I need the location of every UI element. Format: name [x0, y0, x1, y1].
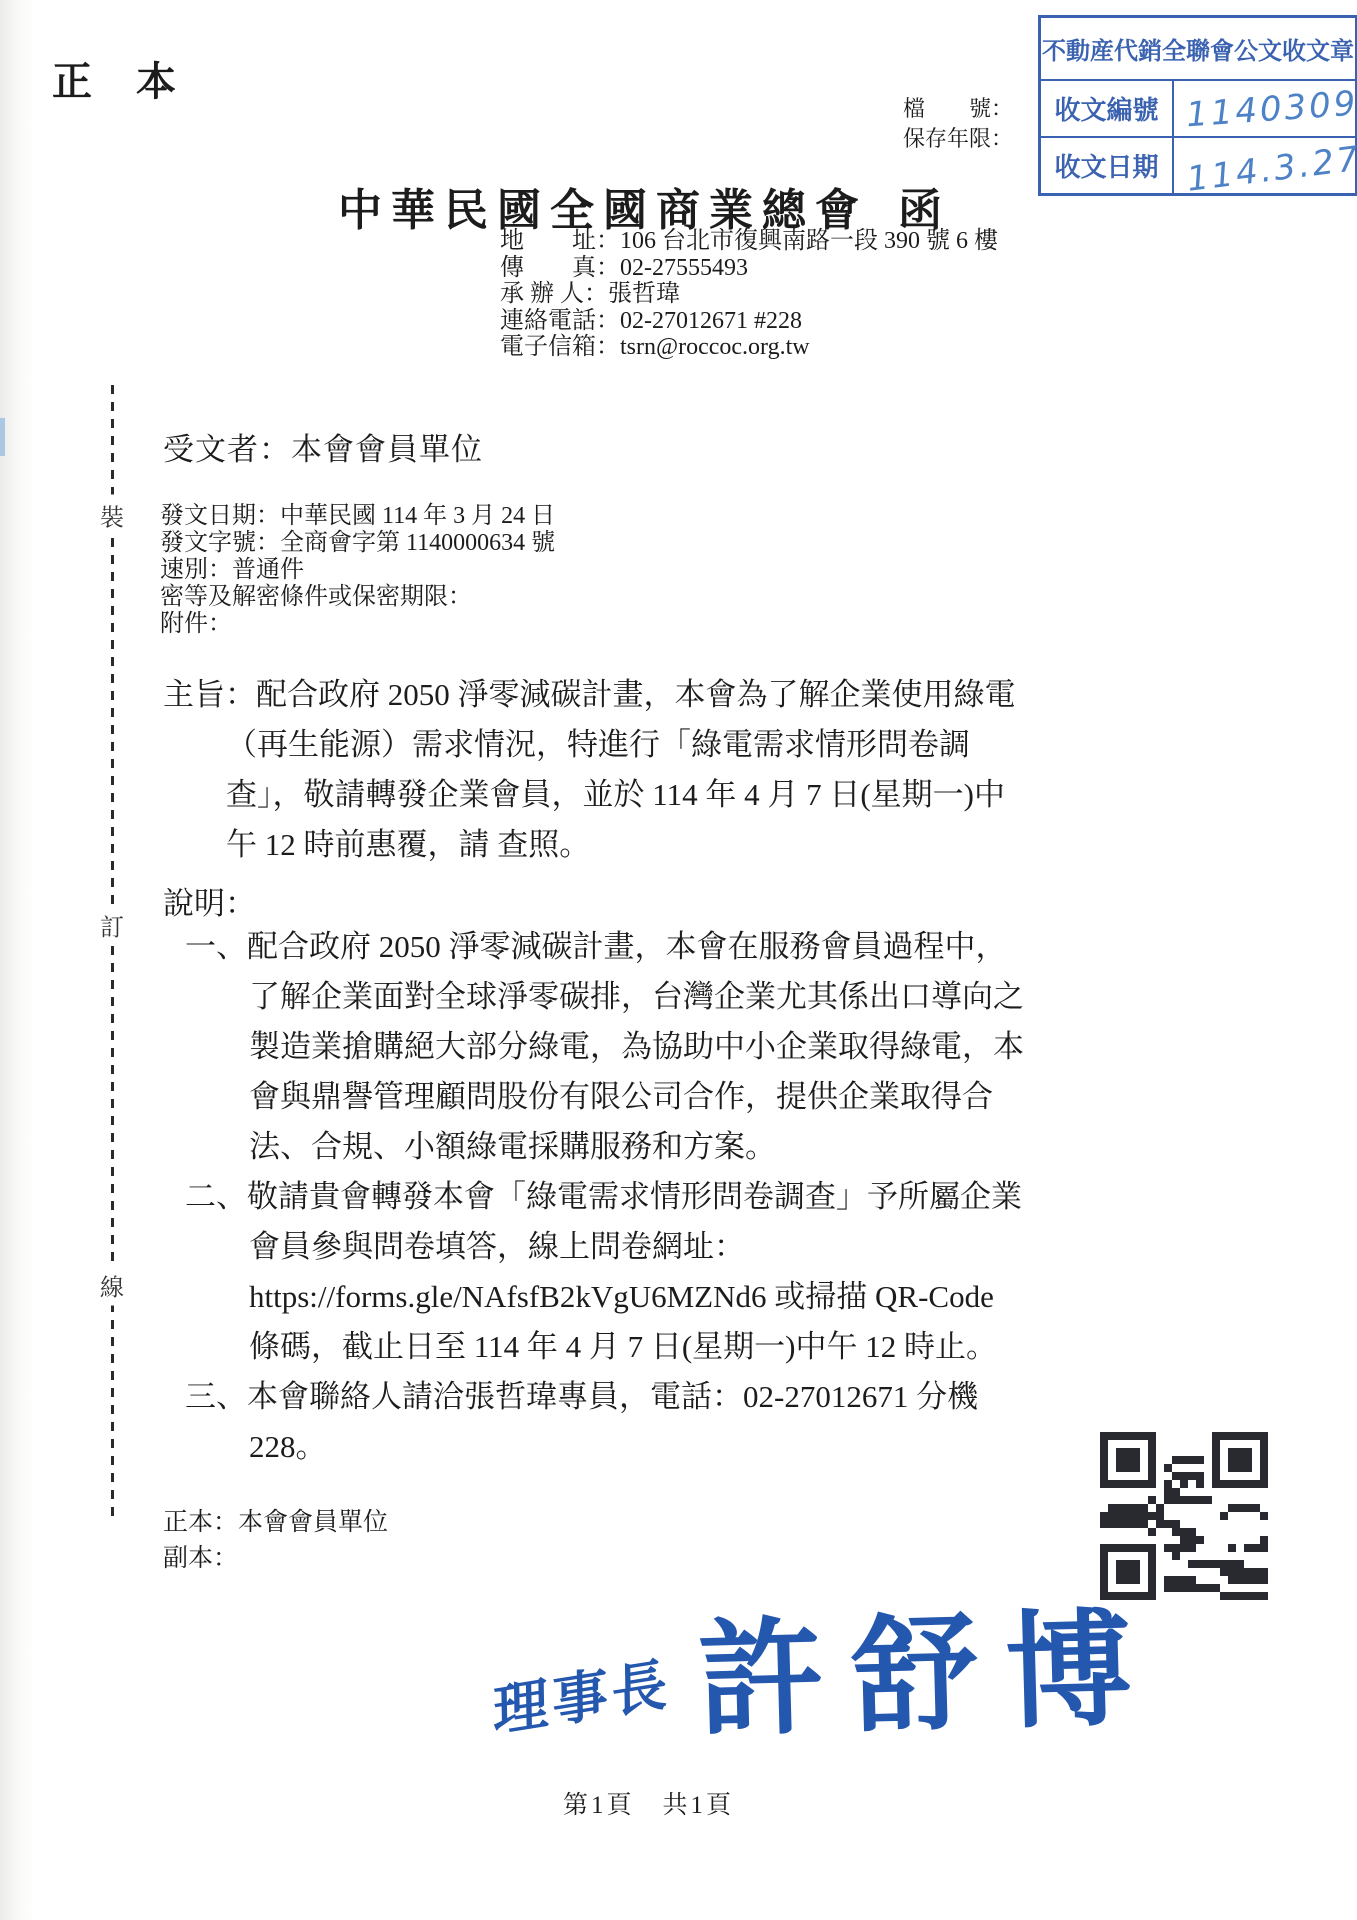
attachment-line: 附件： — [160, 611, 555, 638]
signature-title: 理事長 — [492, 1640, 671, 1749]
item-marker: 一、 — [185, 929, 247, 964]
reception-date-value: 114.3.27 — [1172, 131, 1357, 208]
explanation-item-2: 二、敬請貴會轉發本會「綠電需求情形問卷調查」予所屬企業 會員參與問卷填答，線上問… — [185, 1172, 1024, 1372]
chairman-signature: 理事長 許舒博 — [492, 1608, 1160, 1747]
explanation-item-3: 三、本會聯絡人請洽張哲瑋專員，電話：02-27012671 分機 228。 — [185, 1372, 1024, 1472]
contact-officer: 承 辦 人：張哲瑋 — [500, 281, 998, 308]
contact-fax: 傳 真：02-27555493 — [500, 255, 998, 282]
security-class-line: 密等及解密條件或保密期限： — [160, 584, 555, 611]
binding-dashed-line — [111, 385, 114, 1518]
contact-phone: 連絡電話：02-27012671 #228 — [500, 308, 998, 335]
contact-address: 地 址：106 台北市復興南路一段 390 號 6 樓 — [500, 228, 998, 255]
survey-url-line: https://forms.gle/NAfsfB2kVgU6MZNd6 或掃描 … — [185, 1272, 1024, 1322]
reception-date-row: 收文日期 114.3.27 — [1041, 136, 1355, 193]
file-number-label: 檔 號： — [903, 94, 1013, 124]
reception-stamp-title: 不動産代銷全聯會公文收文章 — [1041, 18, 1355, 81]
copies-block: 正本：本會會員單位 副本： — [163, 1505, 388, 1577]
binding-label-xian: 線 — [100, 1265, 124, 1306]
issue-date-line: 發文日期：中華民國 114 年 3 月 24 日 — [160, 503, 555, 530]
signature-name: 許舒博 — [696, 1602, 1161, 1753]
original-copy-line: 正本：本會會員單位 — [163, 1505, 388, 1541]
binding-label-zhuang: 裝 — [100, 495, 124, 536]
retention-period-label: 保存年限： — [903, 124, 1013, 154]
scanned-official-letter: 正 本 檔 號： 保存年限： 不動産代銷全聯會公文收文章 收文編號 114030… — [0, 0, 1357, 1920]
speed-class-line: 速別：普通件 — [160, 557, 555, 584]
document-meta: 發文日期：中華民國 114 年 3 月 24 日 發文字號：全商會字第 1140… — [160, 503, 555, 638]
subject-line: （再生能源）需求情況，特進行「綠電需求情形問卷調 — [163, 720, 1016, 770]
reception-number-value: 11403093 — [1172, 74, 1357, 143]
reception-number-label: 收文編號 — [1041, 81, 1174, 136]
issue-number-line: 發文字號：全商會字第 1140000634 號 — [160, 530, 555, 557]
explanation-heading: 說明： — [163, 878, 256, 923]
filing-labels: 檔 號： 保存年限： — [903, 94, 1013, 154]
recipient-line: 受文者：本會會員單位 — [163, 424, 483, 469]
copy-type-label: 正 本 — [52, 50, 178, 107]
subject-line: 午 12 時前惠覆，請 查照。 — [163, 820, 1016, 870]
reception-date-label: 收文日期 — [1041, 138, 1174, 193]
item-marker: 三、 — [185, 1379, 247, 1414]
item-marker: 二、 — [185, 1179, 247, 1214]
explanation-items: 一、配合政府 2050 淨零減碳計畫，本會在服務會員過程中， 了解企業面對全球淨… — [185, 922, 1024, 1472]
contact-block: 地 址：106 台北市復興南路一段 390 號 6 樓 傳 真：02-27555… — [500, 228, 998, 361]
scan-edge-artifact — [0, 418, 5, 456]
cc-copy-line: 副本： — [163, 1541, 388, 1577]
subject-line: 主旨：配合政府 2050 淨零減碳計畫，本會為了解企業使用綠電 — [163, 670, 1016, 720]
explanation-item-1: 一、配合政府 2050 淨零減碳計畫，本會在服務會員過程中， 了解企業面對全球淨… — [185, 922, 1024, 1172]
contact-email: 電子信箱：tsrn@roccoc.org.tw — [500, 334, 998, 361]
qr-code — [1100, 1432, 1268, 1600]
reception-stamp: 不動産代銷全聯會公文收文章 收文編號 11403093 收文日期 114.3.2… — [1038, 15, 1357, 196]
subject-label: 主旨： — [163, 677, 256, 712]
reception-number-row: 收文編號 11403093 — [1041, 81, 1355, 136]
binding-label-ding: 訂 — [100, 905, 124, 946]
page-number: 第1頁 共1頁 — [0, 1785, 1297, 1821]
subject-block: 主旨：配合政府 2050 淨零減碳計畫，本會為了解企業使用綠電 （再生能源）需求… — [163, 670, 1016, 870]
subject-line: 查」，敬請轉發企業會員，並於 114 年 4 月 7 日(星期一)中 — [163, 770, 1016, 820]
